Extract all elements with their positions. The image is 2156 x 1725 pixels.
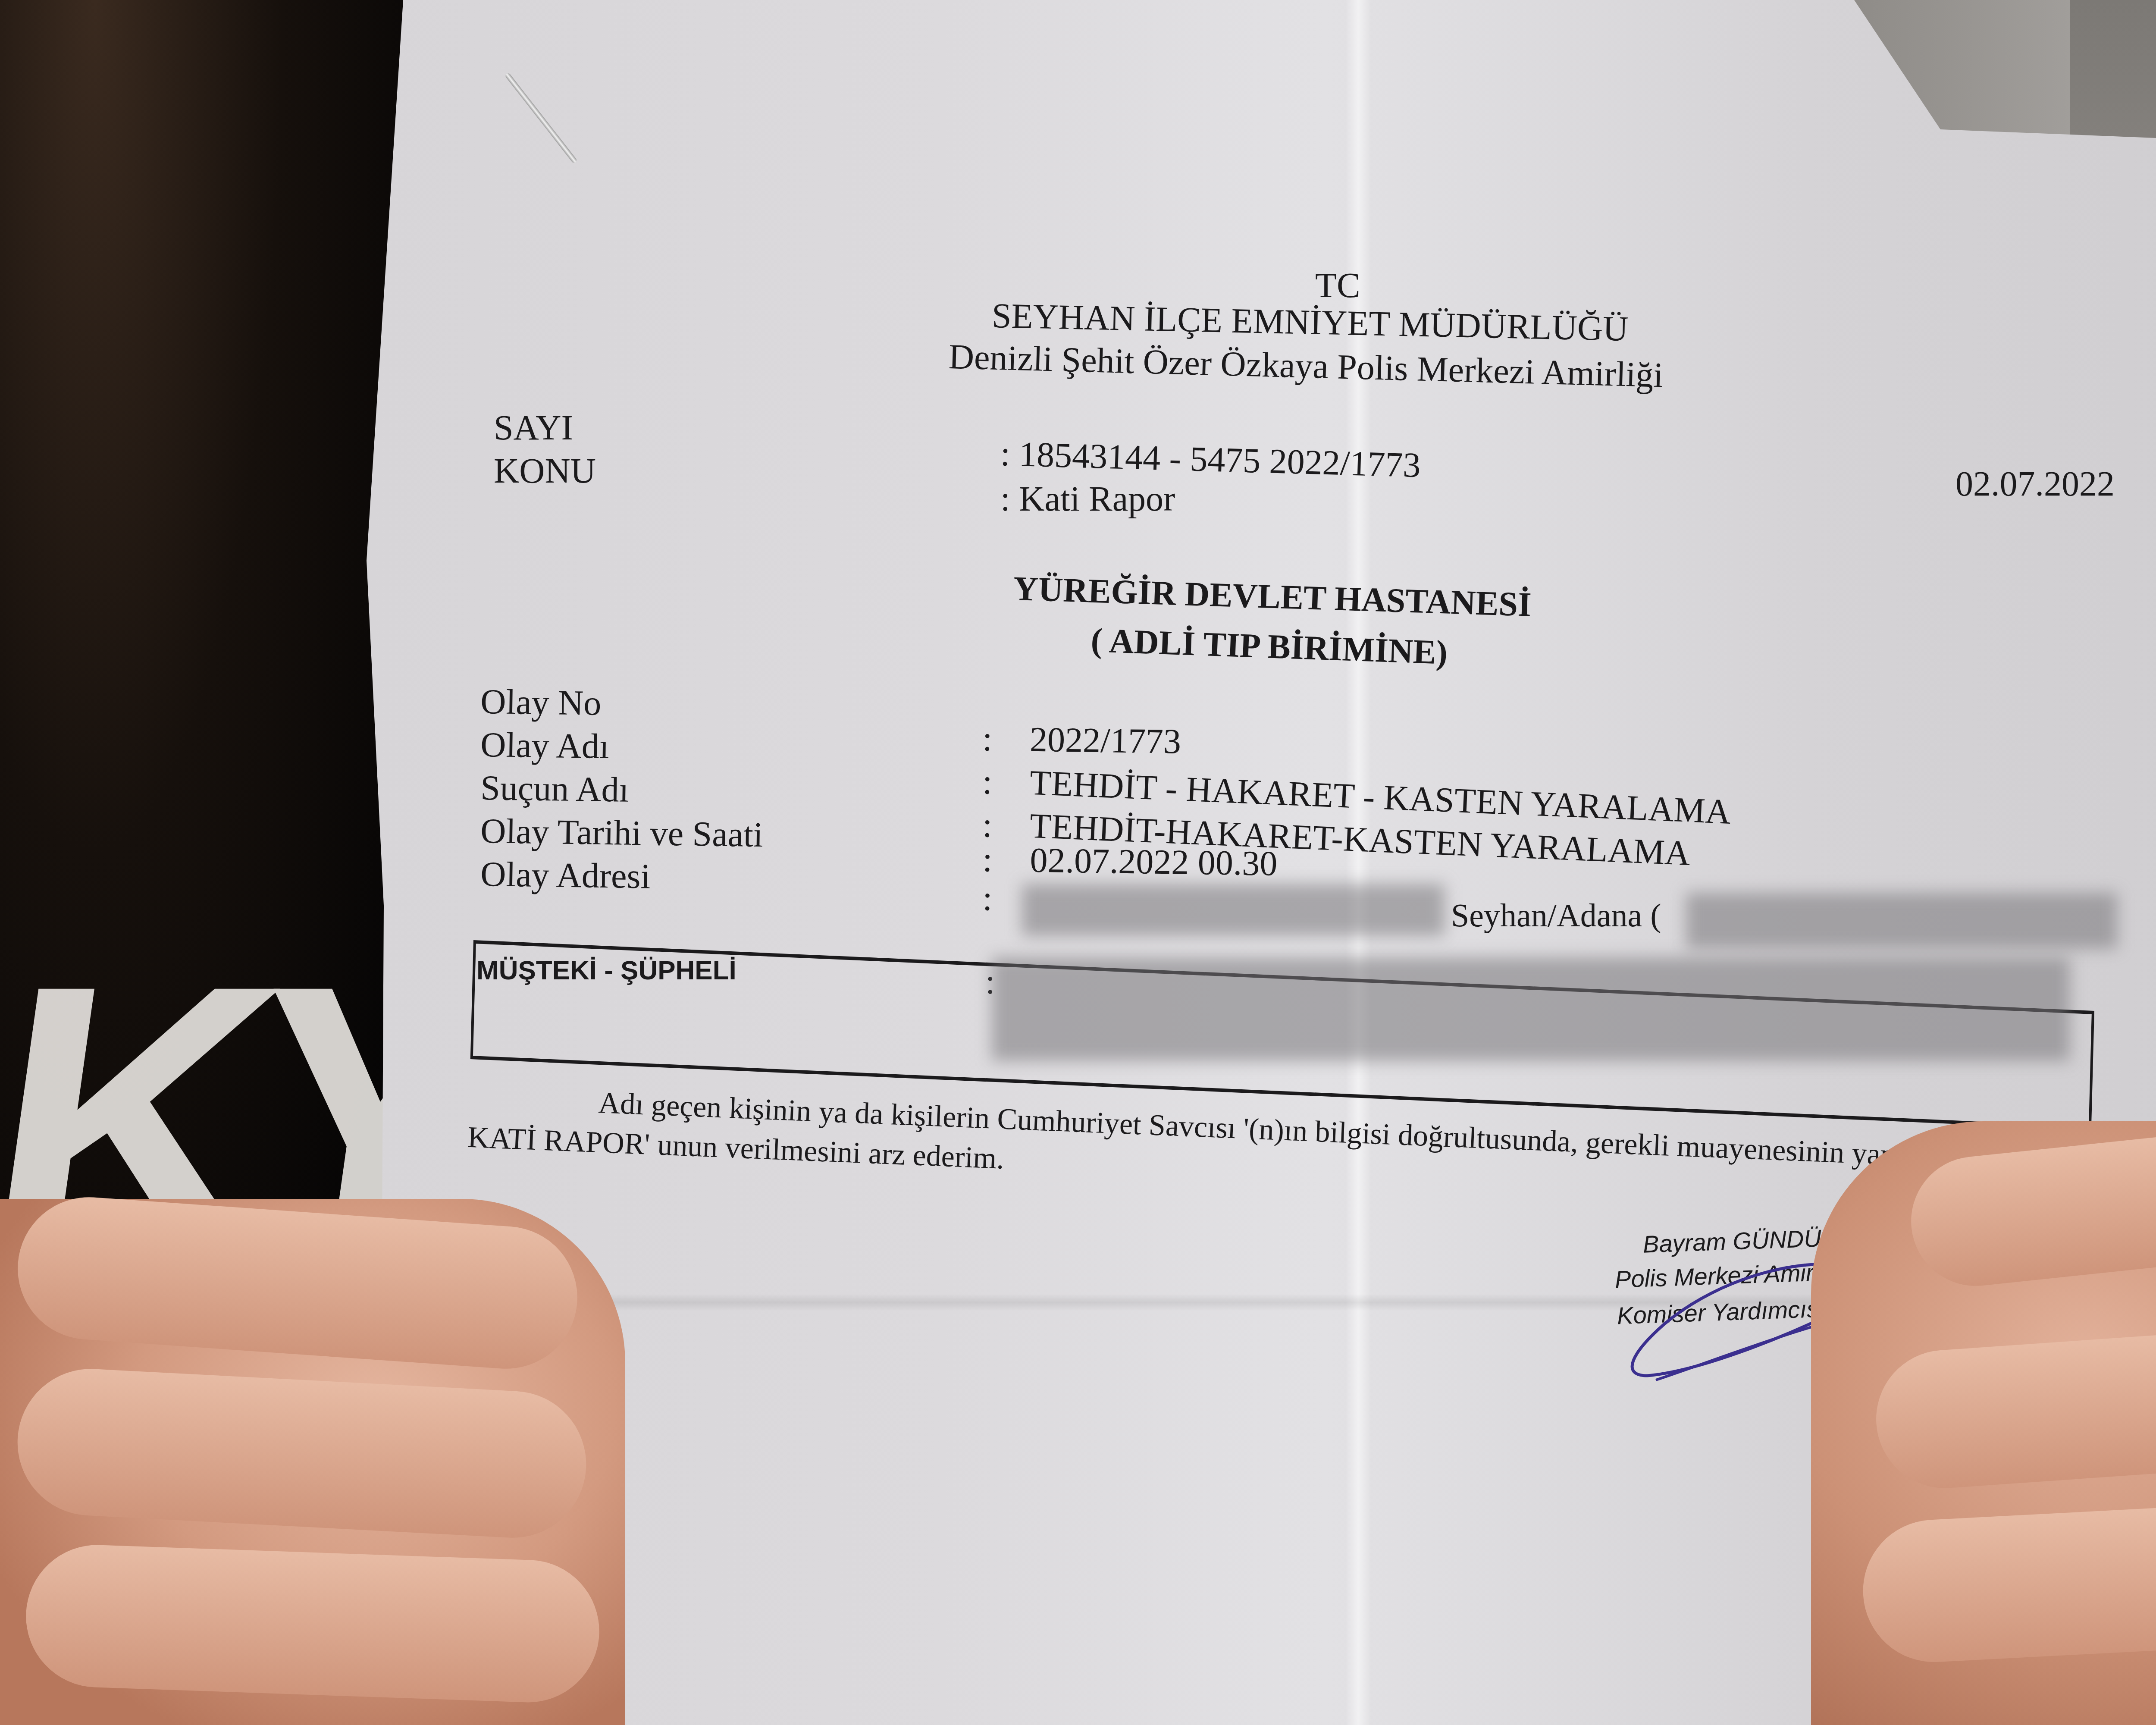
document-date: 02.07.2022 — [1955, 464, 2115, 504]
field-value: 02.07.2022 00.30 — [1030, 840, 1278, 884]
left-hand — [0, 1199, 625, 1725]
left-finger — [13, 1192, 582, 1374]
header-country: TC — [1315, 265, 1360, 306]
redacted-complainant-info — [992, 957, 2070, 1061]
right-finger — [1859, 1496, 2156, 1666]
sayi-label: SAYI — [494, 408, 573, 448]
right-finger — [1871, 1319, 2156, 1493]
paper-fold-vertical — [1345, 0, 1371, 1725]
address-visible: Seyhan/Adana ( — [1451, 897, 1661, 935]
field-colon: : — [982, 839, 993, 880]
left-finger — [24, 1543, 602, 1705]
field-label: Suçun Adı — [480, 768, 629, 810]
redacted-address-part-1 — [1022, 884, 1445, 936]
konu-label: KONU — [494, 451, 596, 491]
complainant-label: MÜŞTEKİ - ŞÜPHELİ — [476, 955, 736, 986]
field-label: Olay Adresi — [480, 854, 651, 897]
left-finger — [14, 1365, 590, 1542]
field-label: Olay Adı — [480, 724, 610, 767]
field-label: Olay Tarihi ve Saati — [480, 811, 764, 855]
field-colon: : — [982, 718, 993, 759]
right-finger — [1905, 1114, 2156, 1292]
field-value: 2022/1773 — [1030, 719, 1181, 762]
field-colon: : — [982, 762, 993, 802]
right-hand — [1811, 1121, 2156, 1725]
shirt-print: KY — [0, 927, 409, 1229]
konu-value: : Kati Rapor — [1000, 479, 1175, 519]
field-colon: : — [982, 878, 993, 919]
field-label: Olay No — [480, 681, 602, 724]
redacted-address-part-2 — [1686, 893, 2117, 949]
